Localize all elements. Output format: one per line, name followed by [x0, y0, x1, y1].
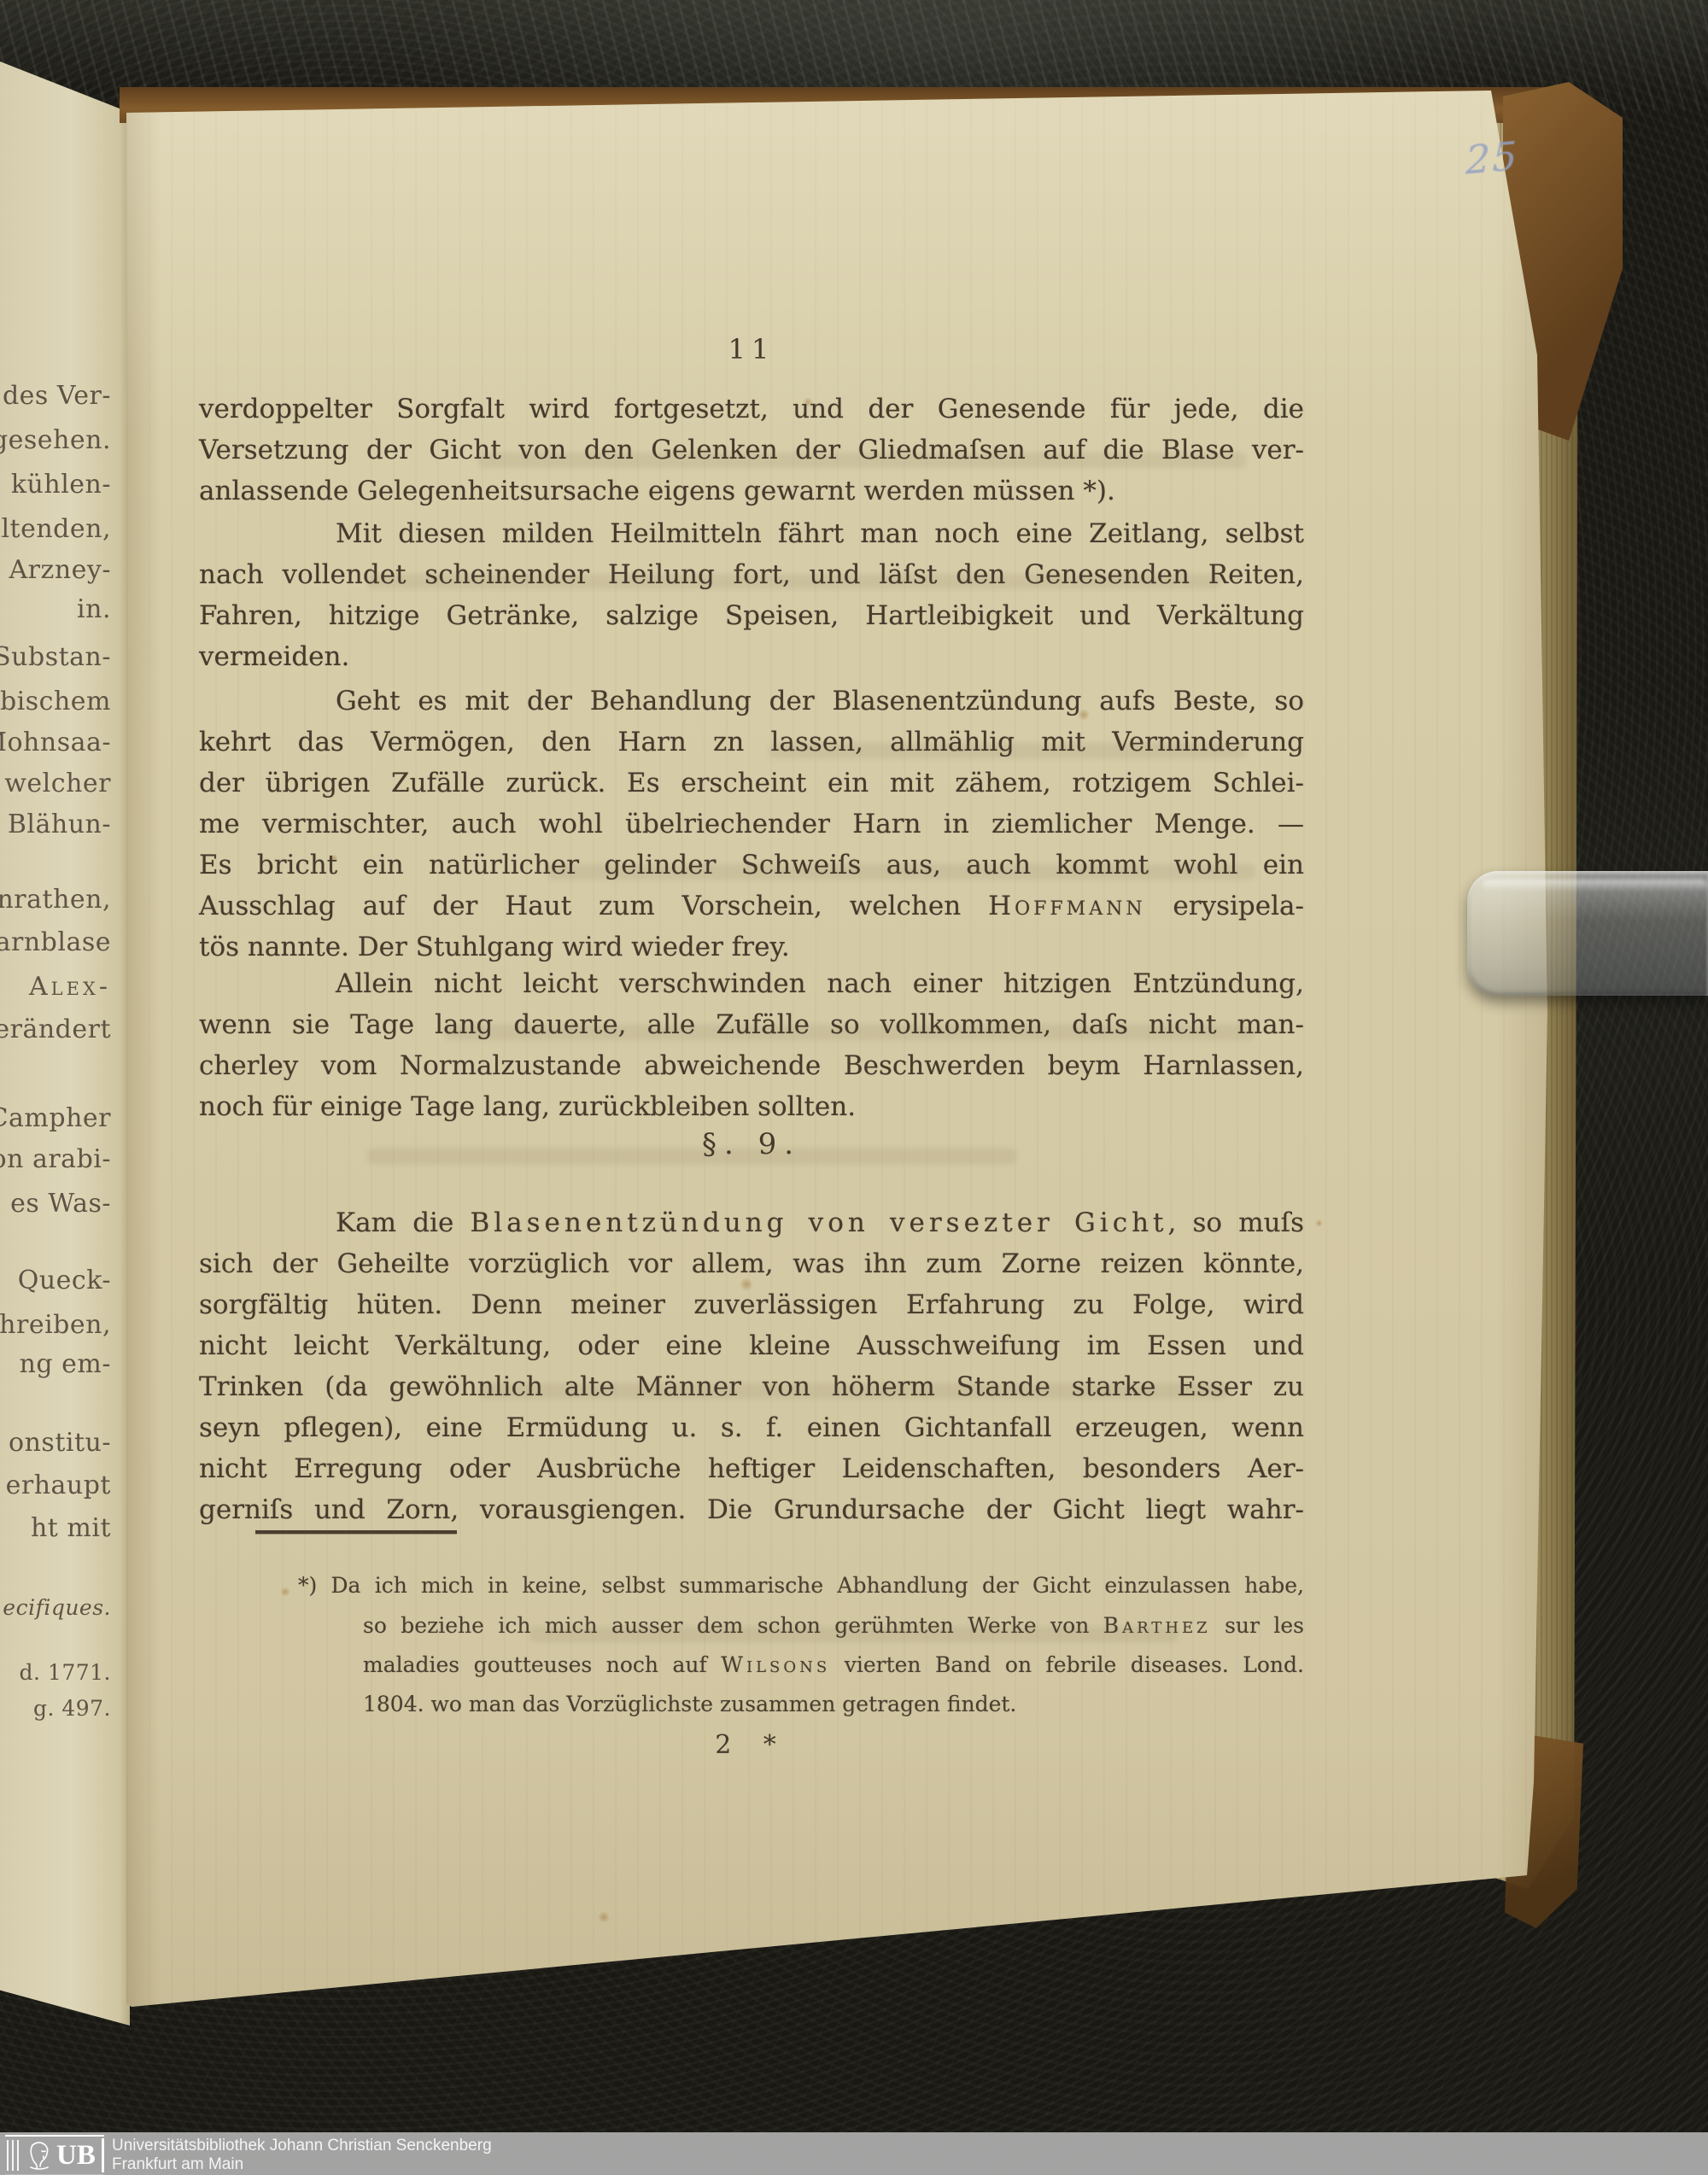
- body-text-line: Trinken (da gewöhnlich alte Männer von h…: [199, 1366, 1304, 1407]
- body-text-line: me vermischter, auch wohl übelriechender…: [199, 804, 1304, 845]
- footnote-line: 1804. wo man das Vorzüglichste zusammen …: [363, 1687, 1304, 1722]
- watermark-line2: Frankfurt am Main: [112, 2155, 492, 2174]
- body-text-line: der übrigen Zufälle zurück. Es erscheint…: [199, 763, 1304, 804]
- book-pages-icon: [7, 2140, 20, 2171]
- body-text-line: noch für einige Tage lang, zurückbleiben…: [199, 1086, 1304, 1127]
- page-number: 11: [199, 333, 1304, 365]
- logo-divider-bar: [102, 2138, 104, 2172]
- body-text-line: vermeiden.: [199, 636, 1304, 677]
- body-text-line: verdoppelter Sorgfalt wird fortgesetzt, …: [199, 389, 1304, 430]
- body-text-line: kehrt das Vermögen, den Harn zn lassen, …: [199, 722, 1304, 763]
- footnote-line: *) Da ich mich in keine, selbst summaris…: [298, 1568, 1304, 1604]
- printed-text-layer: 11 verdoppelter Sorgfalt wird fortgesetz…: [0, 0, 1708, 2175]
- body-text-line: anlassende Gelegenheitsursache eigens ge…: [199, 471, 1304, 512]
- handwritten-folio-number: 25: [1465, 132, 1518, 184]
- library-logo: UB: [5, 2135, 104, 2175]
- body-text-line: Kam die Blasenentzündung von versezter G…: [199, 1202, 1304, 1243]
- body-text-line: Mit diesen milden Heilmitteln fährt man …: [199, 513, 1304, 554]
- section-heading: §. 9.: [199, 1127, 1304, 1161]
- body-text-line: Ausschlag auf der Haut zum Vorschein, we…: [199, 886, 1304, 927]
- footnote-rule: [255, 1530, 457, 1534]
- goethe-portrait-icon: [22, 2138, 56, 2172]
- signature-mark: 2 *: [199, 1730, 1304, 1760]
- body-text-line: Allein nicht leicht verschwinden nach ei…: [199, 963, 1304, 1004]
- footnote-line: so beziehe ich mich ausser dem schon ger…: [363, 1608, 1304, 1644]
- body-text-line: gerniſs und Zorn, vorausgiengen. Die Gru…: [199, 1489, 1304, 1530]
- watermark-text: Universitätsbibliothek Johann Christian …: [112, 2137, 492, 2174]
- book-scan-photo: ng des Ver-gen gesehen.en, kühlen-halten…: [0, 0, 1708, 2175]
- watermark-line1: Universitätsbibliothek Johann Christian …: [112, 2137, 492, 2155]
- body-text-line: Versetzung der Gicht von den Gelenken de…: [199, 430, 1304, 471]
- body-text-line: cherley vom Normalzustande abweichende B…: [199, 1045, 1304, 1086]
- body-text-line: sorgfältig hüten. Denn meiner zuverlässi…: [199, 1284, 1304, 1325]
- body-text-line: Fahren, hitzige Getränke, salzige Speise…: [199, 595, 1304, 636]
- body-text-line: nicht Erregung oder Ausbrüche heftiger L…: [199, 1448, 1304, 1489]
- body-text-line: sich der Geheilte vorzüglich vor allem, …: [199, 1243, 1304, 1284]
- body-text-line: seyn pflegen), eine Ermüdung u. s. f. ei…: [199, 1407, 1304, 1448]
- body-text-line: nach vollendet scheinender Heilung fort,…: [199, 554, 1304, 595]
- body-text-line: Geht es mit der Behandlung der Blasenent…: [199, 681, 1304, 722]
- ub-logo-text: UB: [56, 2140, 96, 2171]
- body-text-line: tös nannte. Der Stuhlgang wird wieder fr…: [199, 927, 1304, 968]
- body-text-line: wenn sie Tage lang dauerte, alle Zufälle…: [199, 1004, 1304, 1045]
- library-watermark-banner: UB Universitätsbibliothek Johann Christi…: [0, 2132, 1708, 2175]
- footnote-line: maladies goutteuses noch auf Wilsons vie…: [363, 1647, 1304, 1683]
- body-text-line: nicht leicht Verkältung, oder eine klein…: [199, 1325, 1304, 1366]
- plastic-page-clip: [1467, 871, 1708, 996]
- body-text-line: Es bricht ein natürlicher gelinder Schwe…: [199, 845, 1304, 886]
